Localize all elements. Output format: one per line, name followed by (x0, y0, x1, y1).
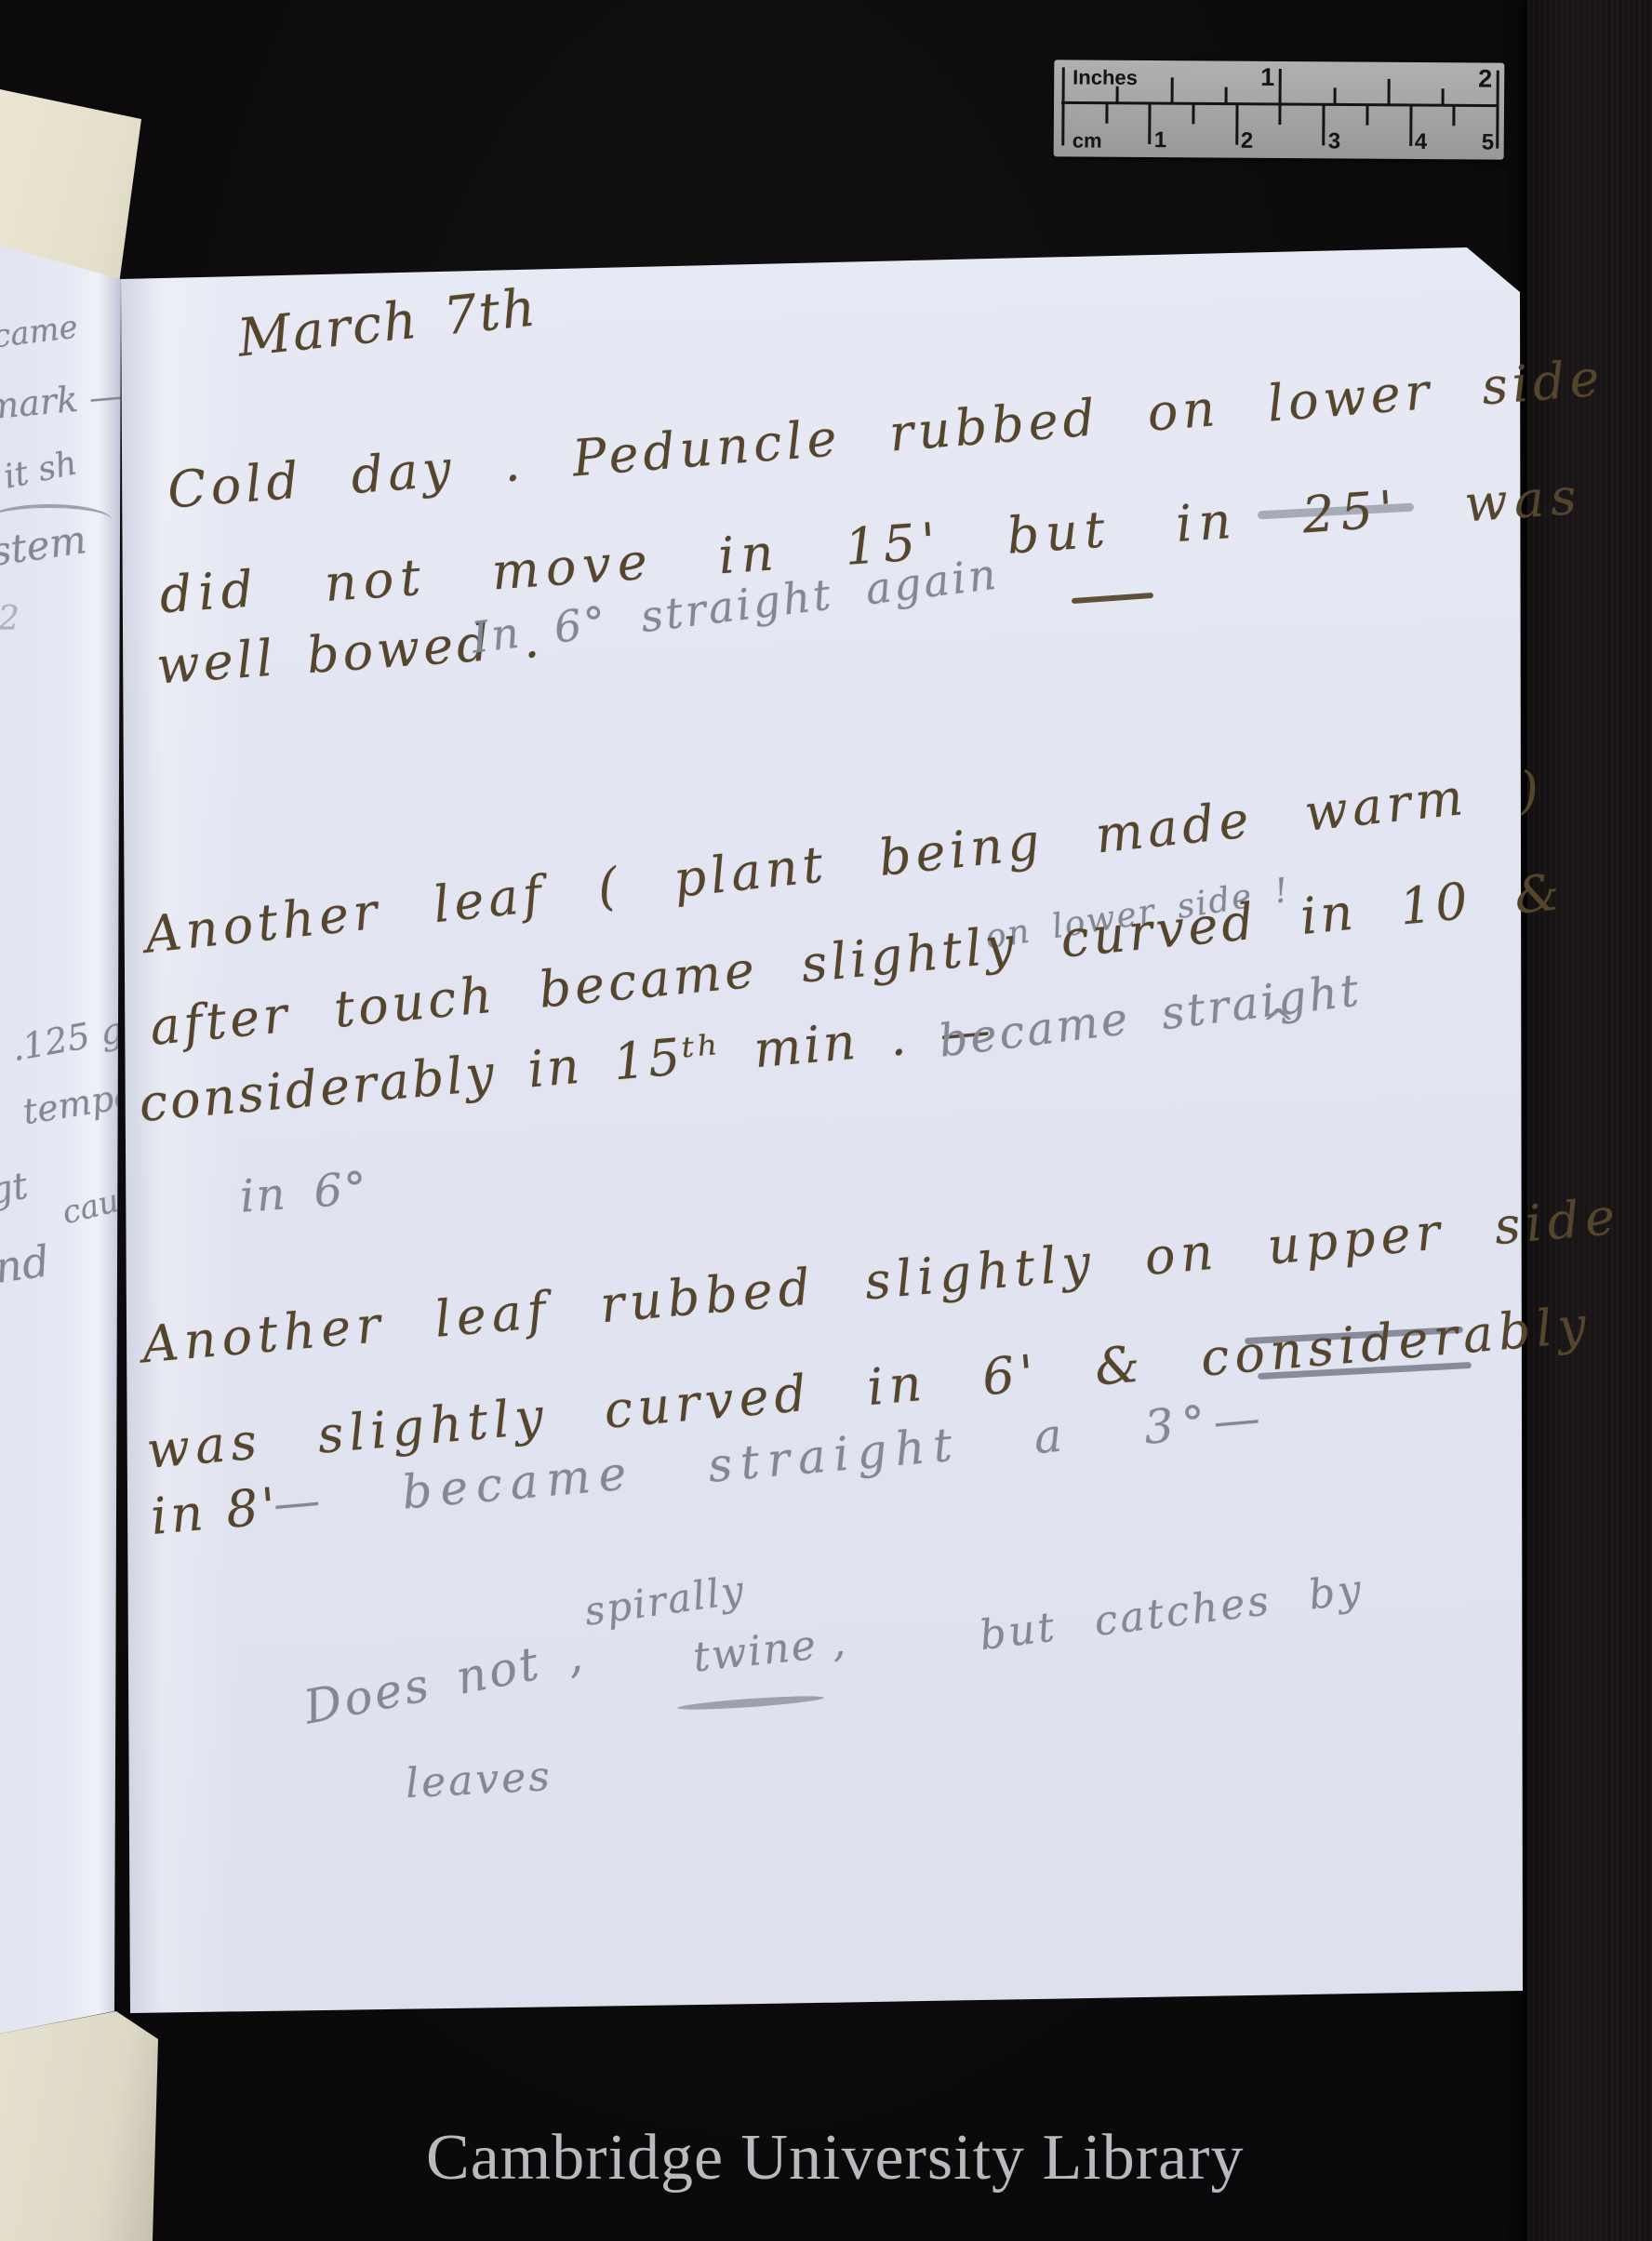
ruler-inches-label: Inches (1072, 65, 1138, 89)
ruler-inch-number: 1 (1260, 63, 1274, 92)
handwriting-pencil-note: in 6° (238, 1166, 369, 1220)
library-watermark: Cambridge University Library (426, 2121, 1244, 2195)
photograph-canvas: came mark — it sh stem 2 .125 g tempery … (0, 0, 1652, 2241)
ruler-cm-number: 4 (1415, 129, 1428, 155)
handwriting-pencil-note: leaves (405, 1756, 553, 1805)
margin-fragment: stem (0, 520, 89, 572)
handwriting-line: in 8' (149, 1481, 282, 1542)
ruler-cm-number: 3 (1328, 128, 1341, 154)
ruler-cm-label: cm (1072, 128, 1102, 153)
margin-fragment: .125 g (9, 1012, 123, 1066)
scale-ruler: Inches 1 2 cm 1 2 3 4 5 (1054, 60, 1505, 159)
margin-fragment: 2 (0, 603, 20, 636)
margin-fragment: causes (60, 1172, 123, 1229)
ruler-cm-number: 5 (1482, 130, 1495, 156)
ruler-cm-number: 2 (1241, 128, 1254, 154)
margin-fragment: came (0, 312, 79, 353)
margin-fragment: mark — (0, 378, 123, 425)
margin-fragment: nd (0, 1239, 52, 1289)
margin-fragment: tempery (20, 1072, 123, 1130)
margin-fragment: it sh (1, 447, 80, 495)
ruler-cm-number: 1 (1154, 127, 1167, 153)
ruler-inch-number: 2 (1478, 64, 1492, 93)
margin-fragment: gt (0, 1167, 31, 1211)
backdrop-fabric-band (1527, 0, 1652, 2241)
folded-leaf-edge: came mark — it sh stem 2 .125 g tempery … (0, 246, 123, 2034)
